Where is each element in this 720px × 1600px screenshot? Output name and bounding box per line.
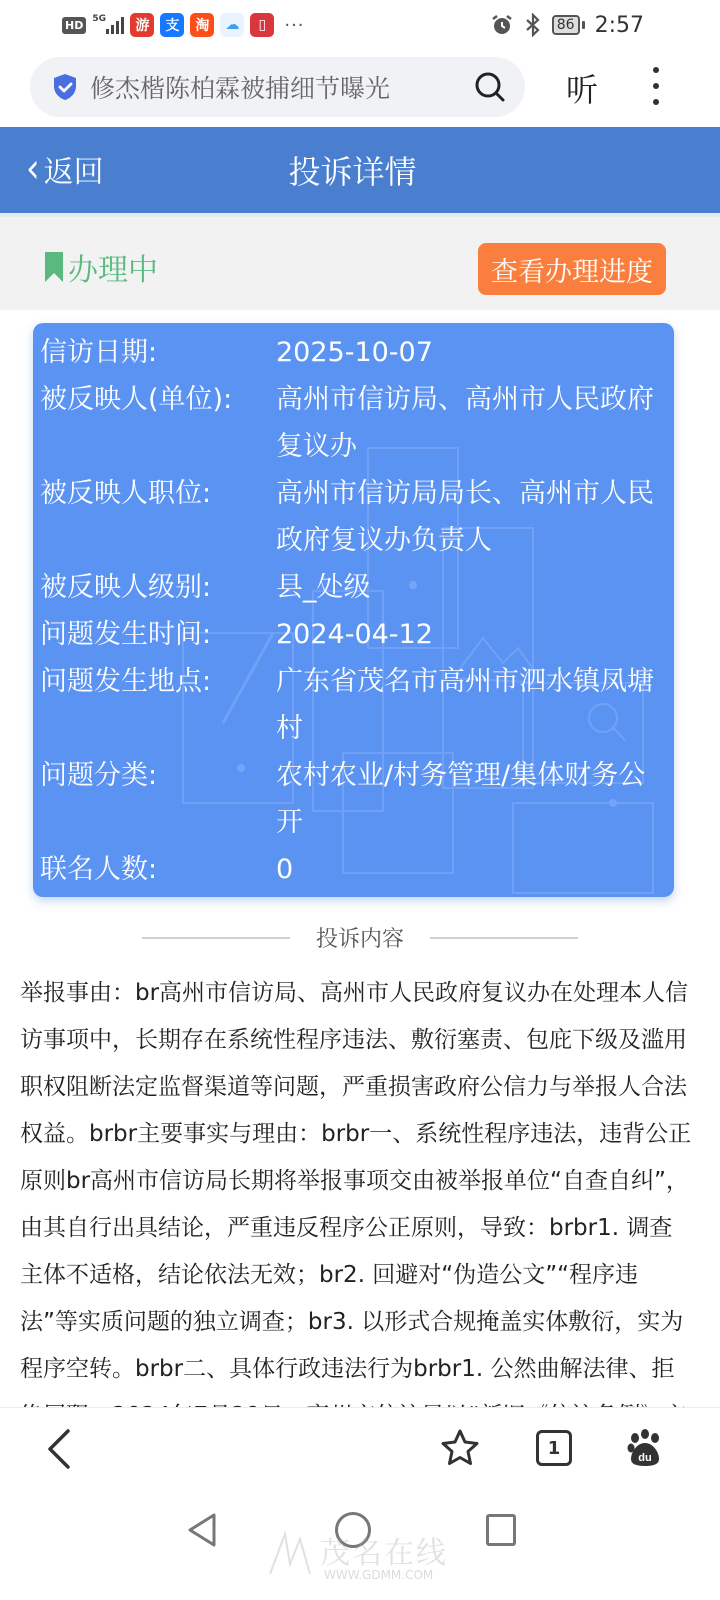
divider-line bbox=[142, 937, 290, 939]
view-progress-button[interactable]: 查看办理进度 bbox=[478, 243, 666, 295]
info-row-respondent-unit: 被反映人(单位): 高州市信访局、高州市人民政府复议办 bbox=[40, 376, 664, 470]
android-nav-bar: 茂名在线 WWW.GDMM.COM bbox=[0, 1500, 720, 1600]
svg-text:du: du bbox=[638, 1452, 651, 1464]
info-label: 被反映人(单位): bbox=[40, 376, 276, 470]
info-row-cosigners: 联名人数: 0 bbox=[40, 846, 664, 893]
status-label: 办理中 bbox=[68, 245, 158, 289]
app-header: ‹ 返回 投诉详情 bbox=[0, 127, 720, 213]
watermark-logo-icon bbox=[260, 1524, 320, 1584]
listen-button[interactable]: 听 bbox=[566, 65, 598, 111]
info-list: 信访日期: 2025-10-07 被反映人(单位): 高州市信访局、高州市人民政… bbox=[40, 329, 664, 893]
info-label: 被反映人级别: bbox=[40, 564, 276, 611]
browser-bottom-toolbar: 1 du bbox=[0, 1407, 720, 1485]
reader-app-icon: ▯ bbox=[250, 13, 274, 37]
alarm-icon bbox=[490, 13, 514, 37]
complaint-info-card: 信访日期: 2025-10-07 被反映人(单位): 高州市信访局、高州市人民政… bbox=[33, 323, 674, 897]
clock: 2:57 bbox=[595, 13, 644, 38]
info-value: 0 bbox=[276, 846, 664, 893]
baidu-paw-icon[interactable]: du bbox=[625, 1428, 665, 1468]
browser-back-icon[interactable] bbox=[44, 1428, 74, 1470]
hd-voice-icon: HD bbox=[62, 17, 86, 34]
info-label: 问题发生时间: bbox=[40, 611, 276, 658]
search-icon[interactable] bbox=[473, 70, 507, 104]
more-notifications-icon: ··· bbox=[284, 15, 304, 36]
info-value: 2024-04-12 bbox=[276, 611, 664, 658]
info-value: 农村农业/村务管理/集体财务公开 bbox=[276, 752, 664, 846]
game-app-icon: 游 bbox=[130, 13, 154, 37]
cellular-signal-icon: 5G bbox=[92, 16, 124, 34]
page-title: 投诉详情 bbox=[0, 147, 705, 193]
status-row: 办理中 查看办理进度 bbox=[0, 213, 720, 310]
search-query-text: 修杰楷陈柏霖被捕细节曝光 bbox=[90, 69, 473, 105]
watermark: 茂名在线 WWW.GDMM.COM bbox=[260, 1524, 460, 1594]
info-value: 高州市信访局、高州市人民政府复议办 bbox=[276, 376, 664, 470]
status-badge: 办理中 bbox=[44, 245, 158, 289]
info-label: 被反映人职位: bbox=[40, 470, 276, 564]
cloud-app-icon: ☁ bbox=[220, 13, 244, 37]
nav-back-icon[interactable] bbox=[186, 1512, 218, 1548]
security-shield-icon bbox=[52, 73, 78, 101]
info-value: 县_处级 bbox=[276, 564, 664, 611]
section-divider: 投诉内容 bbox=[0, 922, 720, 953]
complaint-content: 举报事由：br高州市信访局、高州市人民政府复议办在处理本人信访事项中，长期存在系… bbox=[20, 970, 695, 1407]
bookmark-icon bbox=[44, 252, 64, 282]
section-title: 投诉内容 bbox=[316, 922, 404, 953]
favorite-star-icon[interactable] bbox=[440, 1428, 480, 1468]
taobao-icon: 淘 bbox=[190, 13, 214, 37]
info-row-category: 问题分类: 农村农业/村务管理/集体财务公开 bbox=[40, 752, 664, 846]
info-label: 问题分类: bbox=[40, 752, 276, 846]
info-row-respondent-position: 被反映人职位: 高州市信访局局长、高州市人民政府复议办负责人 bbox=[40, 470, 664, 564]
divider-line bbox=[430, 937, 578, 939]
info-row-incident-time: 问题发生时间: 2024-04-12 bbox=[40, 611, 664, 658]
info-value: 高州市信访局局长、高州市人民政府复议办负责人 bbox=[276, 470, 664, 564]
bluetooth-icon bbox=[524, 13, 542, 37]
more-menu-icon[interactable] bbox=[646, 67, 666, 105]
tabs-count-button[interactable]: 1 bbox=[536, 1430, 572, 1466]
info-label: 信访日期: bbox=[40, 329, 276, 376]
info-row-respondent-level: 被反映人级别: 县_处级 bbox=[40, 564, 664, 611]
info-row-petition-date: 信访日期: 2025-10-07 bbox=[40, 329, 664, 376]
info-value: 广东省茂名市高州市泗水镇凤塘村 bbox=[276, 658, 664, 752]
status-bar: HD 5G 游 支 淘 ☁ ▯ ··· 86 2:57 bbox=[0, 0, 720, 50]
info-row-incident-location: 问题发生地点: 广东省茂名市高州市泗水镇凤塘村 bbox=[40, 658, 664, 752]
alipay-icon: 支 bbox=[160, 13, 184, 37]
info-value: 2025-10-07 bbox=[276, 329, 664, 376]
browser-bar: 修杰楷陈柏霖被捕细节曝光 听 bbox=[0, 55, 720, 120]
nav-recents-icon[interactable] bbox=[486, 1514, 516, 1546]
browser-search-box[interactable]: 修杰楷陈柏霖被捕细节曝光 bbox=[30, 57, 525, 117]
info-label: 问题发生地点: bbox=[40, 658, 276, 752]
battery-icon: 86 bbox=[552, 15, 585, 35]
info-label: 联名人数: bbox=[40, 846, 276, 893]
